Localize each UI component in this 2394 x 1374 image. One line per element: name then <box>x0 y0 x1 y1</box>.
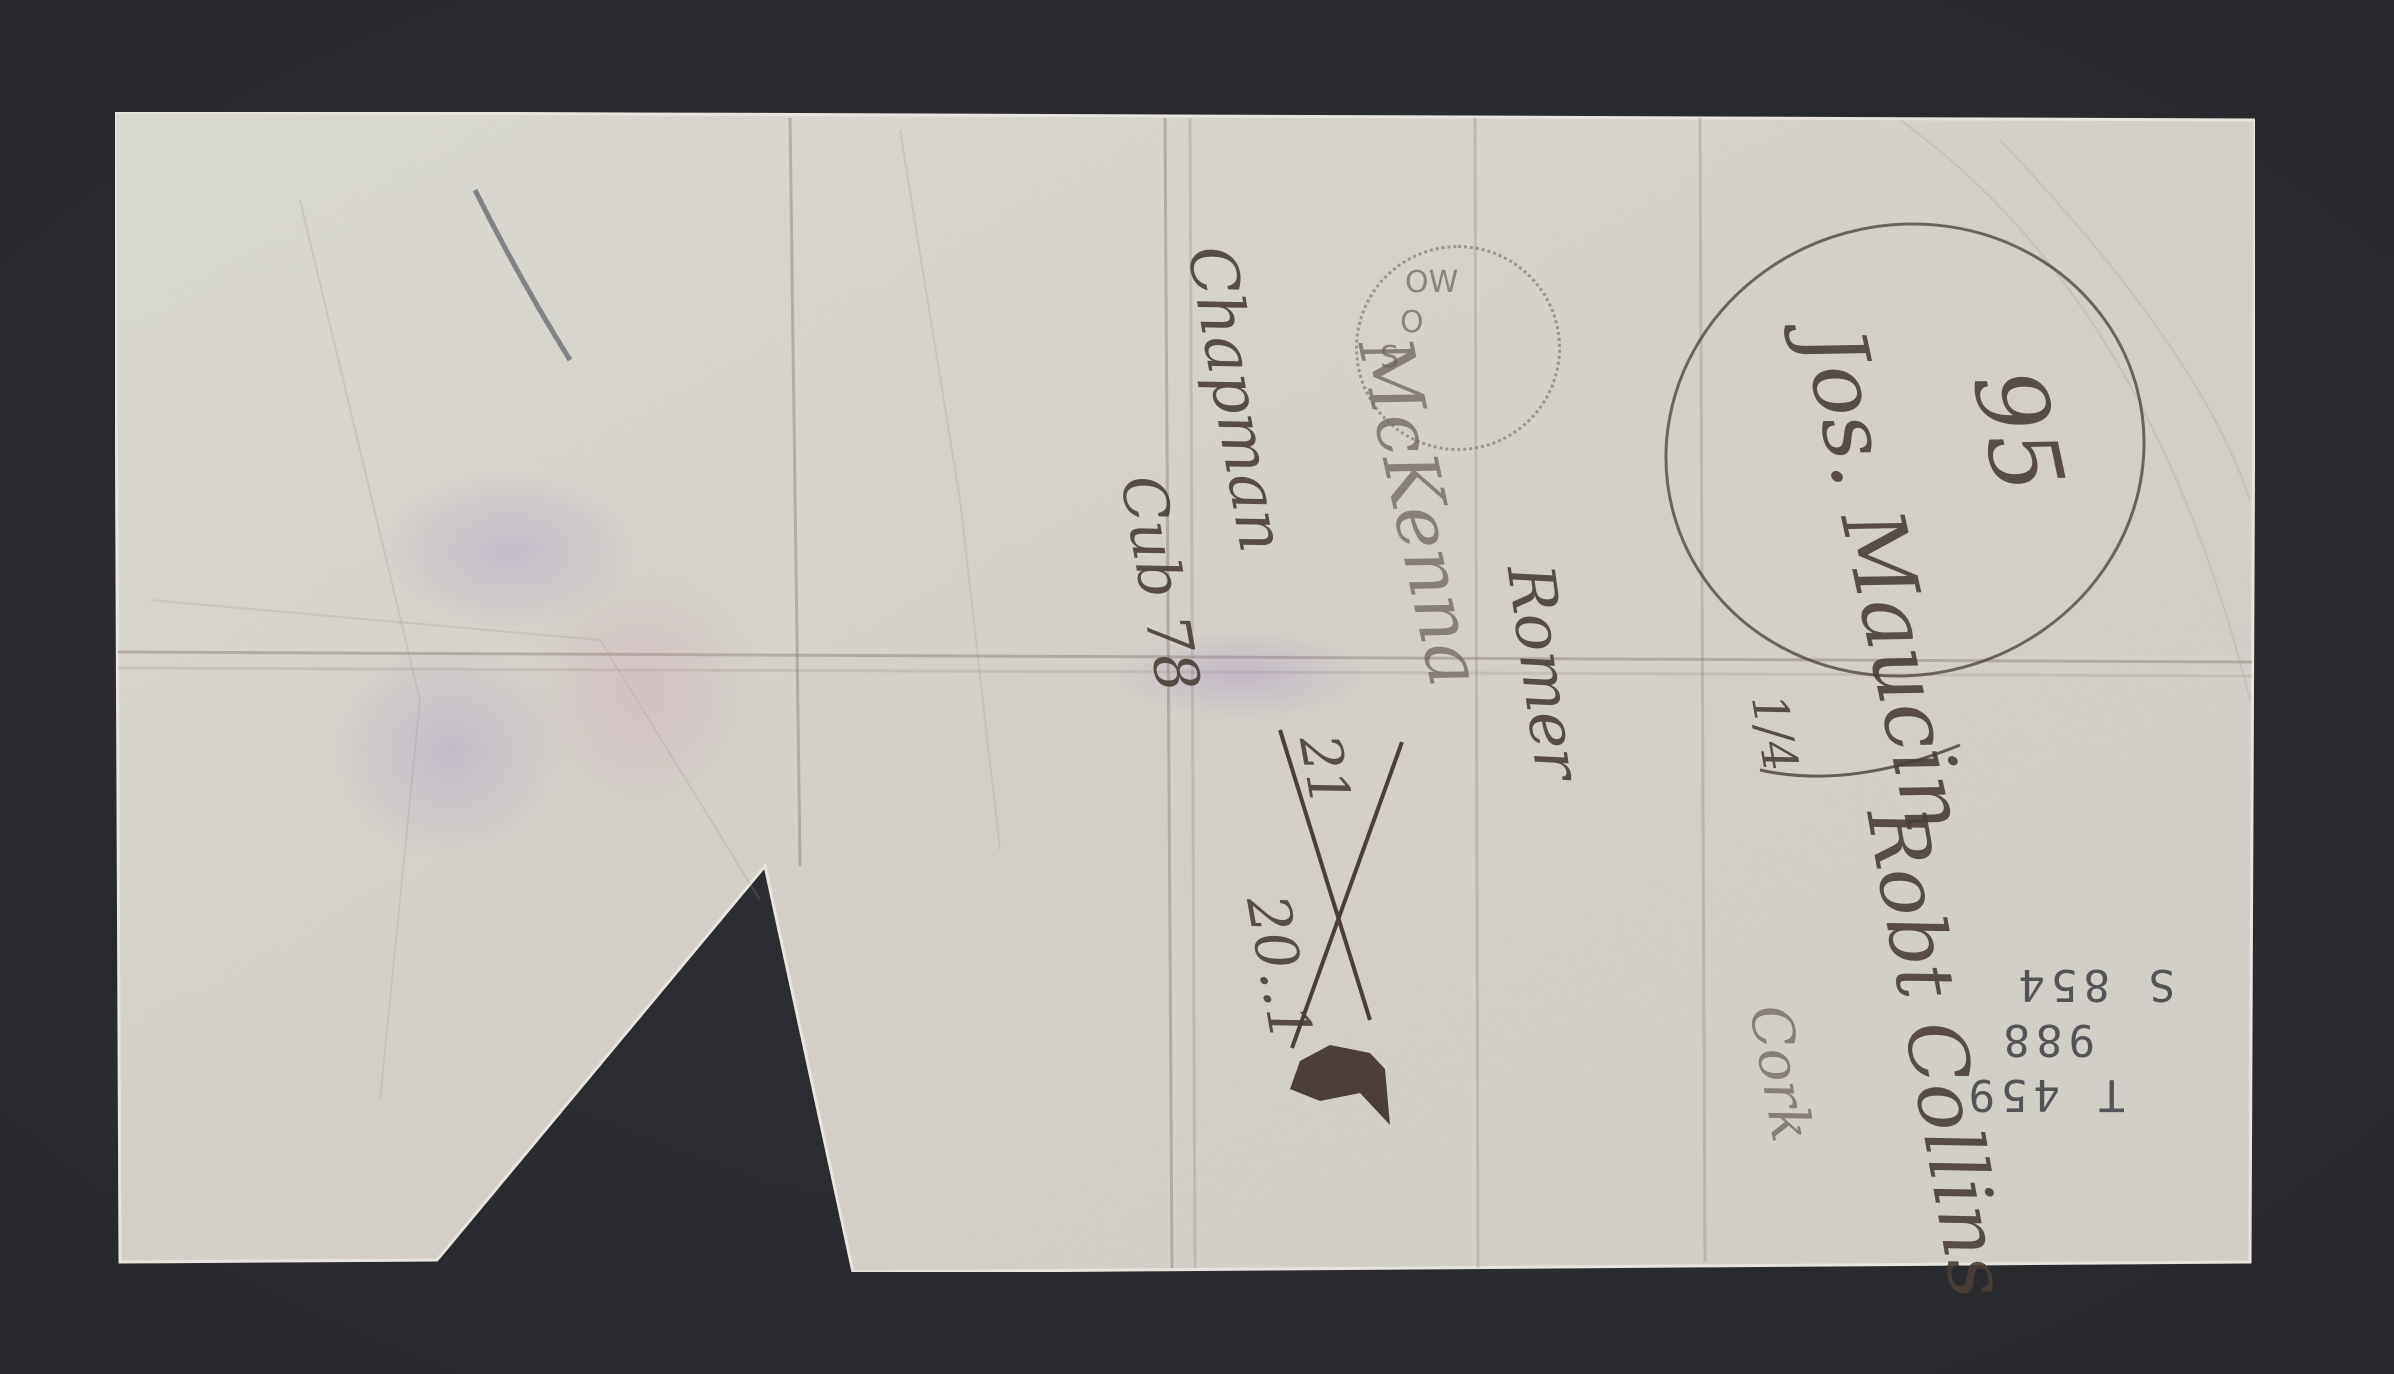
crossed-amount-top: 21 <box>1286 730 1362 811</box>
serial-stamp-row-1: S 854 <box>2013 959 2175 1010</box>
serial-stamp-row-2: 988 <box>1998 1014 2095 1065</box>
banknote: OW O S Chapman Cub 78 McKenna Romer 21 2… <box>0 0 2394 1374</box>
pink-stamp-ghost <box>520 560 760 820</box>
postmark-text: OW <box>1405 265 1458 300</box>
serial-stamp-row-3: T 459 <box>1963 1069 2125 1120</box>
